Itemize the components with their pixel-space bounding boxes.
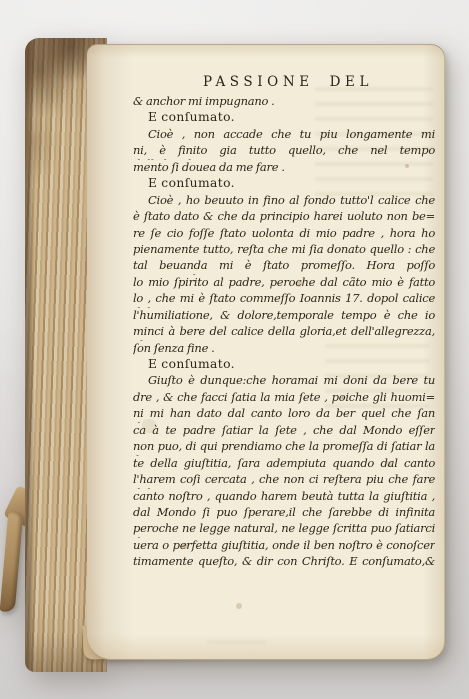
text-line: & anchor mi impugnano .	[133, 94, 435, 110]
text-line: lo mio ſpirito al padre, peroche dal cãt…	[133, 275, 435, 291]
text-line: l'humiliatione, & dolore,temporale tempo…	[133, 308, 435, 324]
text-line: minci à bere del calice della gloria,et …	[133, 324, 435, 340]
text-line: tal beuanda mi è ſtato promeſſo. Hora po…	[133, 258, 435, 274]
text-line: pienamente tutto, reſta che mi ſia donat…	[133, 242, 435, 258]
text-line: canto noſtro , quando harem beutà tutta …	[133, 489, 435, 505]
section-heading: E conſumato.	[133, 176, 435, 192]
text-line: è ſtato dato & che da principio harei uo…	[133, 209, 435, 225]
text-line: lo , che mi è ſtato commeſſo Ioannis 17.…	[133, 291, 435, 307]
text-line: dal Mondo ſi puo ſperare,il che ſarebbe …	[133, 505, 435, 521]
text-line: Cioè , ho beuuto in fino al fondo tutto'…	[133, 193, 435, 209]
ink-showthrough	[207, 630, 267, 644]
text-line: Giuſto è dunque:che horamai mi doni da b…	[133, 373, 435, 389]
text-line: ni mi han dato dal canto loro da ber que…	[133, 406, 435, 422]
text-line: mento ſi douea da me fare .	[133, 160, 435, 176]
photo-background: PASSIONE DEL & anchor mi impugnano . E c…	[0, 0, 469, 699]
leather-tie-strap	[0, 512, 23, 613]
text-line: l'harem coſi cercata , che non ci reſter…	[133, 472, 435, 488]
section-heading: E conſumato.	[133, 110, 435, 126]
section-heading: E conſumato.	[133, 357, 435, 373]
text-line: peroche ne legge natural, ne legge ſcrit…	[133, 521, 435, 537]
text-line: Cioè , non accade che tu piu longamente …	[133, 127, 435, 143]
text-line: ca à te padre ſatiar la ſete , che dal M…	[133, 423, 435, 439]
text-line: te della giuſtitia, ſara adempiuta quand…	[133, 456, 435, 472]
text-line: dre , & che facci ſatia la mia ſete , po…	[133, 390, 435, 406]
text-line: non puo, di qui prendiamo che la promeſſ…	[133, 439, 435, 455]
text-block: PASSIONE DEL & anchor mi impugnano . E c…	[133, 74, 435, 571]
running-head: PASSIONE DEL	[203, 74, 435, 90]
text-line: uera o perfetta giuſtitia, onde il ben n…	[133, 538, 435, 554]
text-line: re ſe cio foſſe ſtato uolonta di mio pad…	[133, 226, 435, 242]
age-spots	[87, 44, 91, 48]
text-line: ſon ſenza fine .	[133, 341, 435, 357]
text-line: timamente queſto, & dir con Chriſto. E c…	[133, 554, 435, 570]
text-line: ni, è finito gia tutto quello, che nel t…	[133, 143, 435, 159]
book: PASSIONE DEL & anchor mi impugnano . E c…	[25, 38, 447, 672]
book-page: PASSIONE DEL & anchor mi impugnano . E c…	[87, 44, 445, 660]
